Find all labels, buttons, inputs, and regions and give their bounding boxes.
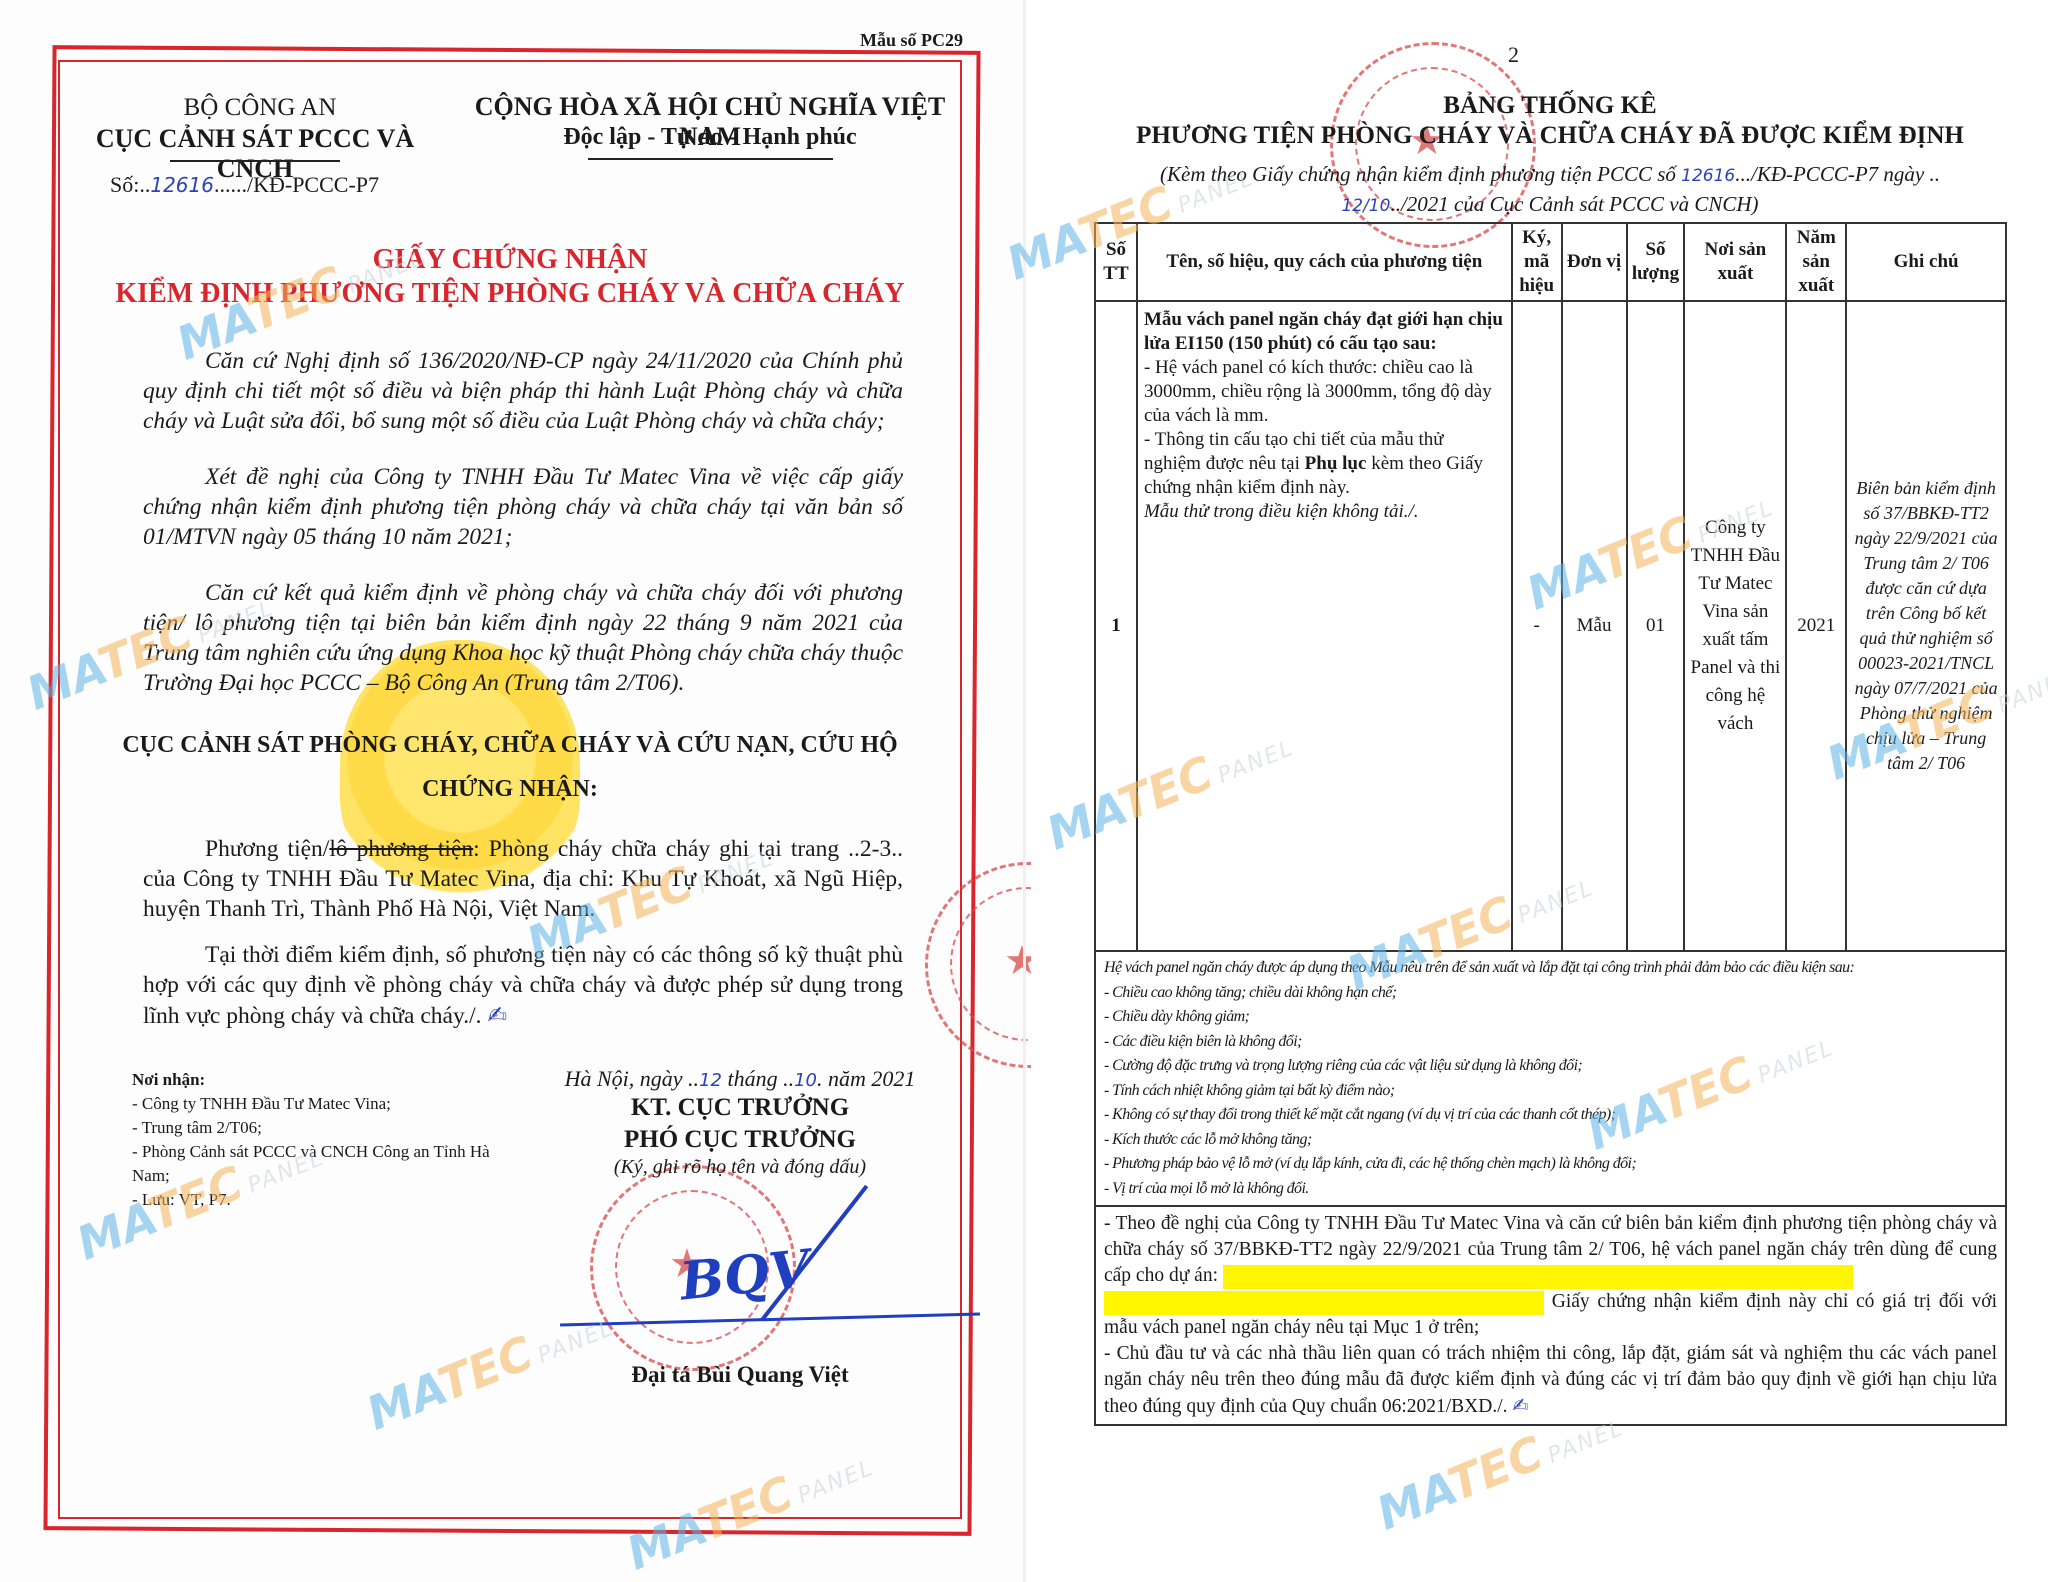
divider	[588, 158, 833, 160]
legal-basis-paragraph: Căn cứ Nghị định số 136/2020/NĐ-CP ngày …	[143, 346, 903, 436]
cell-year: 2021	[1786, 301, 1846, 951]
cell-quantity: 01	[1627, 301, 1685, 951]
signer-title: PHÓ CỤC TRƯỞNG	[520, 1124, 960, 1156]
col-header-note: Ghi chú	[1846, 223, 2006, 301]
condition-item: - Chiều dày không giảm;	[1104, 1005, 1997, 1030]
closing-row: - Theo đề nghị của Công ty TNHH Đầu Tư M…	[1095, 1206, 2006, 1425]
closing-statement: - Theo đề nghị của Công ty TNHH Đầu Tư M…	[1095, 1206, 2006, 1425]
form-number: Mẫu số PC29	[860, 30, 963, 51]
divider	[170, 160, 340, 162]
condition-item: - Các điều kiện biên là không đổi;	[1104, 1030, 1997, 1055]
inspected-equipment-table: Số TT Tên, số hiệu, quy cách của phương …	[1094, 222, 2007, 1426]
redacted-project-name	[1223, 1265, 1853, 1289]
signer-role: KT. CỤC TRƯỞNG	[520, 1092, 960, 1124]
signer-name: Đại tá Bùi Quang Việt	[560, 1362, 920, 1388]
cell-code: -	[1512, 301, 1562, 951]
request-paragraph: Xét đề nghị của Công ty TNHH Đầu Tư Mate…	[143, 462, 903, 552]
statistics-title: BẢNG THỐNG KÊ	[1100, 92, 2000, 120]
handwritten-number: 12616	[150, 173, 214, 197]
col-header-code: Ký, mã hiệu	[1512, 223, 1562, 301]
installation-conditions: Hệ vách panel ngăn cháy được áp dụng the…	[1095, 951, 2006, 1206]
col-header-name: Tên, số hiệu, quy cách của phương tiện	[1137, 223, 1512, 301]
issuing-agency: CỤC CẢNH SÁT PHÒNG CHÁY, CHỮA CHÁY VÀ CỨ…	[100, 732, 920, 759]
cell-manufacturer: Công ty TNHH Đầu Tư Matec Vina sản xuất …	[1684, 301, 1786, 951]
cell-description: Mẫu vách panel ngăn cháy đạt giới hạn ch…	[1137, 301, 1512, 951]
conformity-paragraph: Tại thời điểm kiểm định, số phương tiện …	[143, 940, 903, 1031]
conditions-row: Hệ vách panel ngăn cháy được áp dụng the…	[1095, 951, 2006, 1206]
condition-item: - Kích thước các lỗ mở không tăng;	[1104, 1128, 1997, 1153]
col-header-unit: Đơn vị	[1562, 223, 1627, 301]
signature-block: Hà Nội, ngày ..12 tháng ..10. năm 2021 K…	[520, 1066, 960, 1179]
table-header-row: Số TT Tên, số hiệu, quy cách của phương …	[1095, 223, 2006, 301]
certified-item-paragraph: Phương tiện/lô phương tiện: Phòng cháy c…	[143, 834, 903, 924]
document-number: Số:..12616....../KĐ-PCCC-P7	[110, 172, 379, 198]
certificate-title: GIẤY CHỨNG NHẬN	[100, 244, 920, 276]
table-row: 1 Mẫu vách panel ngăn cháy đạt giới hạn …	[1095, 301, 2006, 951]
motto: Độc lập - Tự do - Hạnh phúc	[455, 124, 965, 151]
col-header-manufacturer: Nơi sản xuất	[1684, 223, 1786, 301]
agency-parent: BỘ CÔNG AN	[110, 94, 410, 122]
cell-index: 1	[1095, 301, 1137, 951]
col-header-quantity: Số lượng	[1627, 223, 1685, 301]
sign-date: Hà Nội, ngày ..12 tháng ..10. năm 2021	[520, 1066, 960, 1092]
initials-mark: ✍	[487, 1001, 507, 1029]
initials-mark: ✍	[1512, 1394, 1528, 1417]
page-number: 2	[1508, 42, 1519, 68]
redacted-project-name-cont	[1104, 1291, 1544, 1315]
sign-instruction: (Ký, ghi rõ họ tên và đóng dấu)	[520, 1156, 960, 1179]
cell-unit: Mẫu	[1562, 301, 1627, 951]
col-header-year: Năm sản xuất	[1786, 223, 1846, 301]
certifies-heading: CHỨNG NHẬN:	[100, 776, 920, 803]
condition-item: - Không có sự thay đổi trong thiết kế mặ…	[1104, 1103, 1997, 1128]
condition-item: - Vị trí của mọi lỗ mở là không đổi.	[1104, 1177, 1997, 1202]
condition-item: - Tính cách nhiệt không giảm tại bất kỳ …	[1104, 1079, 1997, 1104]
condition-item: - Phương pháp bảo vệ lỗ mở (ví dụ lắp kí…	[1104, 1152, 1997, 1177]
condition-item: - Cường độ đặc trưng và trọng lượng riên…	[1104, 1054, 1997, 1079]
cell-note: Biên bản kiểm định số 37/BBKĐ-TT2 ngày 2…	[1846, 301, 2006, 951]
condition-item: - Chiều cao không tăng; chiều dài không …	[1104, 981, 1997, 1006]
recipient-item: - Công ty TNHH Đầu Tư Matec Vina;	[132, 1092, 492, 1116]
